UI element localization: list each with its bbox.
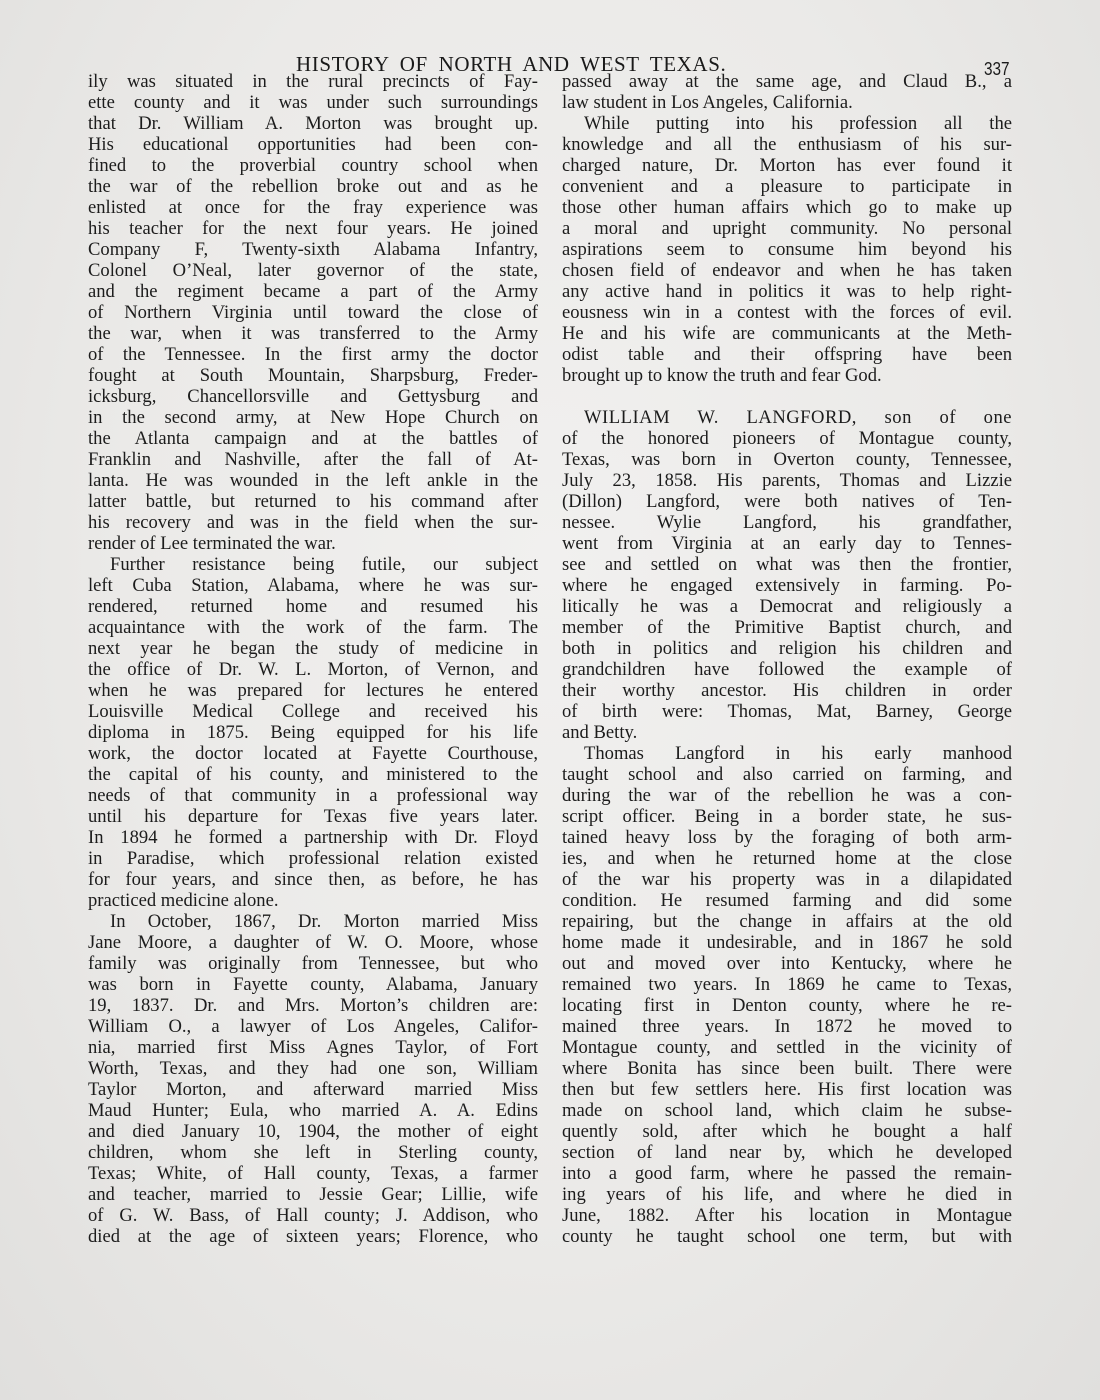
text-line: ies, and when he returned home at the cl… <box>562 848 1012 869</box>
text-line: ette county and it was under such surrou… <box>88 92 538 113</box>
text-line: county he taught school one term, but wi… <box>562 1226 1012 1247</box>
text-line: needs of that community in a professiona… <box>88 785 538 806</box>
text-line: 19, 1837. Dr. and Mrs. Morton’s children… <box>88 995 538 1016</box>
text-line: remained two years. In 1869 he came to T… <box>562 974 1012 995</box>
text-line: grandchildren have followed the example … <box>562 659 1012 680</box>
section-heading-line: WILLIAM W. LANGFORD, son of one <box>562 407 1012 428</box>
text-line: condition. He resumed farming and did so… <box>562 890 1012 911</box>
text-line: repairing, but the change in affairs at … <box>562 911 1012 932</box>
text-line: quently sold, after which he bought a ha… <box>562 1121 1012 1142</box>
text-line: his teacher for the next four years. He … <box>88 218 538 239</box>
text-line: family was originally from Tennessee, bu… <box>88 953 538 974</box>
text-line: latter battle, but returned to his comma… <box>88 491 538 512</box>
text-line: render of Lee terminated the war. <box>88 533 538 554</box>
text-line: out and moved over into Kentucky, where … <box>562 953 1012 974</box>
text-line: knowledge and all the enthusiasm of his … <box>562 134 1012 155</box>
text-line: lanta. He was wounded in the left ankle … <box>88 470 538 491</box>
text-line: of the honored pioneers of Montague coun… <box>562 428 1012 449</box>
text-line: His educational opportunities had been c… <box>88 134 538 155</box>
text-line: member of the Primitive Baptist church, … <box>562 617 1012 638</box>
text-line: Company F, Twenty-sixth Alabama Infantry… <box>88 239 538 260</box>
text-line: then but few settlers here. His first lo… <box>562 1079 1012 1100</box>
paragraph-start-line: Thomas Langford in his early manhood <box>562 743 1012 764</box>
text-line: their worthy ancestor. His children in o… <box>562 680 1012 701</box>
text-line: in the second army, at New Hope Church o… <box>88 407 538 428</box>
text-line: He and his wife are communicants at the … <box>562 323 1012 344</box>
text-line: ing years of his life, and where he died… <box>562 1184 1012 1205</box>
text-line: where he engaged extensively in farming.… <box>562 575 1012 596</box>
text-line: Jane Moore, a daughter of W. O. Moore, w… <box>88 932 538 953</box>
text-line: passed away at the same age, and Claud B… <box>562 71 1012 92</box>
text-line: nessee. Wylie Langford, his grandfather, <box>562 512 1012 533</box>
text-line: chosen field of endeavor and when he has… <box>562 260 1012 281</box>
text-line: rendered, returned home and resumed his <box>88 596 538 617</box>
text-line: the war of the rebellion broke out and a… <box>88 176 538 197</box>
text-line: charged nature, Dr. Morton has ever foun… <box>562 155 1012 176</box>
text-line: the Atlanta campaign and at the battles … <box>88 428 538 449</box>
text-line: brought up to know the truth and fear Go… <box>562 365 1012 386</box>
text-line: mained three years. In 1872 he moved to <box>562 1016 1012 1037</box>
text-line: script officer. Being in a border state,… <box>562 806 1012 827</box>
text-line: section of land near by, which he develo… <box>562 1142 1012 1163</box>
text-line: the office of Dr. W. L. Morton, of Verno… <box>88 659 538 680</box>
text-line: into a good farm, where he passed the re… <box>562 1163 1012 1184</box>
text-line: of birth were: Thomas, Mat, Barney, Geor… <box>562 701 1012 722</box>
text-line: diploma in 1875. Being equipped for his … <box>88 722 538 743</box>
text-line: of the Tennessee. In the first army the … <box>88 344 538 365</box>
book-page: HISTORY OF NORTH AND WEST TEXAS. 337 ily… <box>0 0 1100 1400</box>
text-line: the war, when it was transferred to the … <box>88 323 538 344</box>
text-line: work, the doctor located at Fayette Cour… <box>88 743 538 764</box>
text-line: those other human affairs which go to ma… <box>562 197 1012 218</box>
text-line: Colonel O’Neal, later governor of the st… <box>88 260 538 281</box>
text-line: until his departure for Texas five years… <box>88 806 538 827</box>
text-line: ily was situated in the rural precincts … <box>88 71 538 92</box>
text-line: made on school land, which claim he subs… <box>562 1100 1012 1121</box>
text-line: law student in Los Angeles, California. <box>562 92 1012 113</box>
text-line: icksburg, Chancellorsville and Gettysbur… <box>88 386 538 407</box>
text-line: left Cuba Station, Alabama, where he was… <box>88 575 538 596</box>
text-line: Maud Hunter; Eula, who married A. A. Edi… <box>88 1100 538 1121</box>
text-line: July 23, 1858. His parents, Thomas and L… <box>562 470 1012 491</box>
text-line: next year he began the study of medicine… <box>88 638 538 659</box>
text-line: for four years, and since then, as befor… <box>88 869 538 890</box>
text-line: Taylor Morton, and afterward married Mis… <box>88 1079 538 1100</box>
text-line: and Betty. <box>562 722 1012 743</box>
text-line: any active hand in politics it was to he… <box>562 281 1012 302</box>
paragraph-start-line: Further resistance being futile, our sub… <box>88 554 538 575</box>
text-line: and the regiment became a part of the Ar… <box>88 281 538 302</box>
text-line: convenient and a pleasure to participate… <box>562 176 1012 197</box>
text-line: William O., a lawyer of Los Angeles, Cal… <box>88 1016 538 1037</box>
text-line: and teacher, married to Jessie Gear; Lil… <box>88 1184 538 1205</box>
text-line: (Dillon) Langford, were both natives of … <box>562 491 1012 512</box>
text-line: litically he was a Democrat and religiou… <box>562 596 1012 617</box>
text-line: June, 1882. After his location in Montag… <box>562 1205 1012 1226</box>
text-line: Montague county, and settled in the vici… <box>562 1037 1012 1058</box>
text-line: of G. W. Bass, of Hall county; J. Addiso… <box>88 1205 538 1226</box>
text-line: aspirations seem to consume him beyond h… <box>562 239 1012 260</box>
text-line: locating first in Denton county, where h… <box>562 995 1012 1016</box>
text-line: In 1894 he formed a partnership with Dr.… <box>88 827 538 848</box>
right-column: passed away at the same age, and Claud B… <box>562 71 1012 1247</box>
text-line: in Paradise, which professional relation… <box>88 848 538 869</box>
paragraph-start-line: While putting into his profession all th… <box>562 113 1012 134</box>
text-line: the capital of his county, and ministere… <box>88 764 538 785</box>
text-line: home made it undesirable, and in 1867 he… <box>562 932 1012 953</box>
text-line: Texas, was born in Overton county, Tenne… <box>562 449 1012 470</box>
text-line: of the war his property was in a dilapid… <box>562 869 1012 890</box>
text-line: see and settled on what was then the fro… <box>562 554 1012 575</box>
text-line: eousness win in a contest with the force… <box>562 302 1012 323</box>
text-line: children, whom she left in Sterling coun… <box>88 1142 538 1163</box>
text-line: both in politics and religion his childr… <box>562 638 1012 659</box>
text-line: Worth, Texas, and they had one son, Will… <box>88 1058 538 1079</box>
text-line: tained heavy loss by the foraging of bot… <box>562 827 1012 848</box>
text-line: was born in Fayette county, Alabama, Jan… <box>88 974 538 995</box>
text-line: fought at South Mountain, Sharpsburg, Fr… <box>88 365 538 386</box>
text-line: where Bonita has since been built. There… <box>562 1058 1012 1079</box>
text-line: a moral and upright community. No person… <box>562 218 1012 239</box>
text-line: odist table and their offspring have bee… <box>562 344 1012 365</box>
text-line: taught school and also carried on farmin… <box>562 764 1012 785</box>
left-column: ily was situated in the rural precincts … <box>88 71 538 1247</box>
text-line: went from Virginia at an early day to Te… <box>562 533 1012 554</box>
paragraph-start-line: In October, 1867, Dr. Morton married Mis… <box>88 911 538 932</box>
text-line: enlisted at once for the fray experience… <box>88 197 538 218</box>
text-line: when he was prepared for lectures he ent… <box>88 680 538 701</box>
text-line: fined to the proverbial country school w… <box>88 155 538 176</box>
text-line: and died January 10, 1904, the mother of… <box>88 1121 538 1142</box>
text-line: that Dr. William A. Morton was brought u… <box>88 113 538 134</box>
text-line: Louisville Medical College and received … <box>88 701 538 722</box>
text-line: during the war of the rebellion he was a… <box>562 785 1012 806</box>
text-line: Texas; White, of Hall county, Texas, a f… <box>88 1163 538 1184</box>
text-line: died at the age of sixteen years; Floren… <box>88 1226 538 1247</box>
text-line: practiced medicine alone. <box>88 890 538 911</box>
text-line: acquaintance with the work of the farm. … <box>88 617 538 638</box>
text-line: Franklin and Nashville, after the fall o… <box>88 449 538 470</box>
text-line: nia, married first Miss Agnes Taylor, of… <box>88 1037 538 1058</box>
text-line: of Northern Virginia until toward the cl… <box>88 302 538 323</box>
text-line: his recovery and was in the field when t… <box>88 512 538 533</box>
